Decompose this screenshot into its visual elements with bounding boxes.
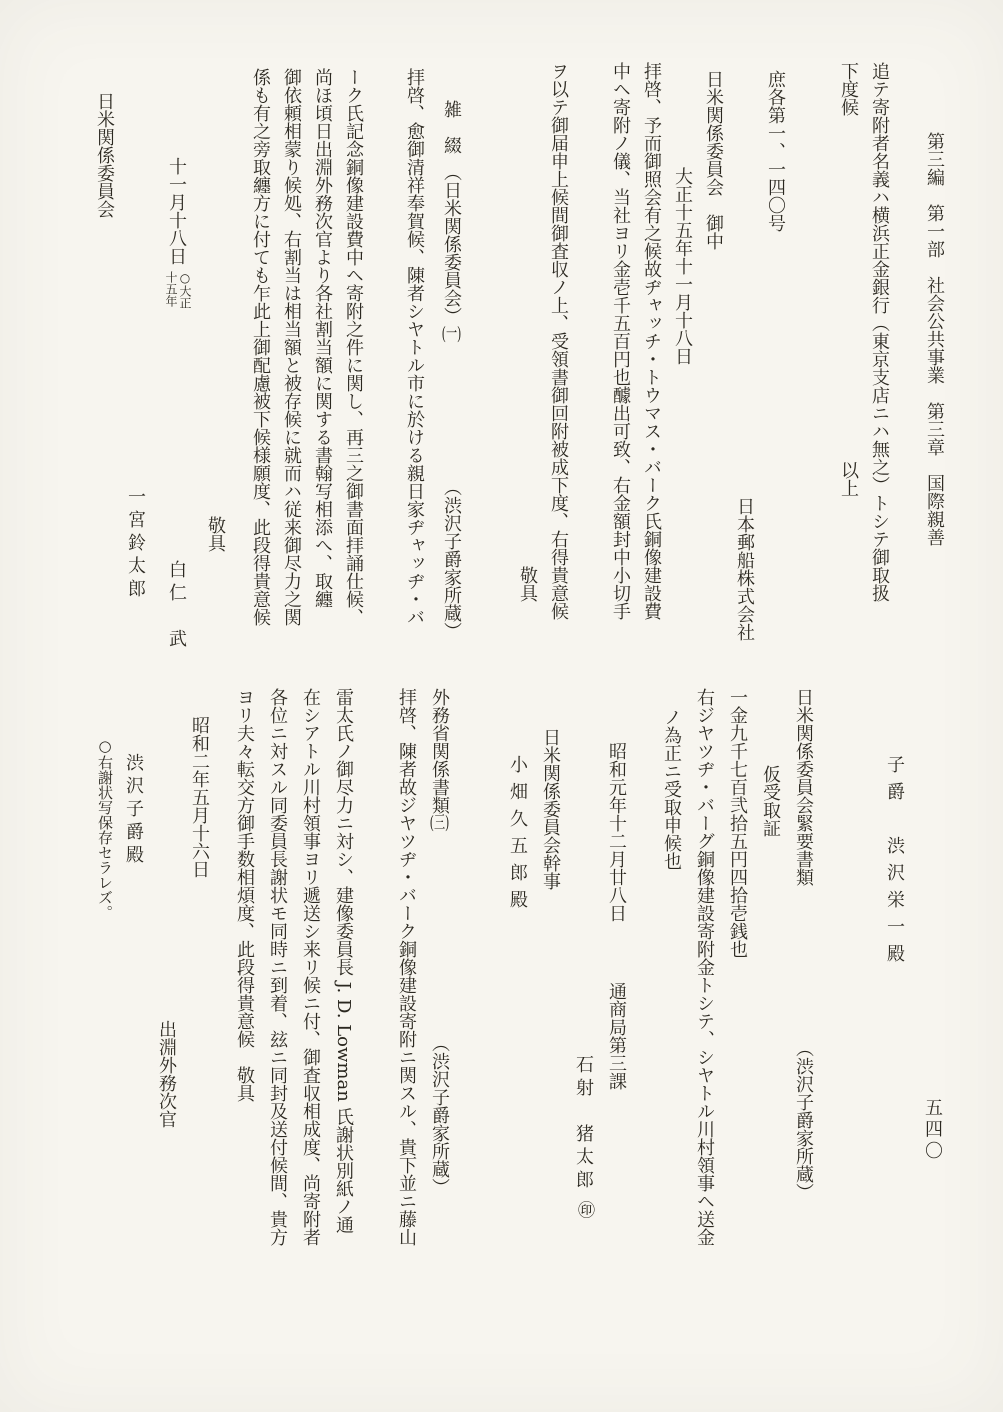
nyk-body2: 中ヘ寄附ノ儀、当社ヨリ金壱千五百円也醵出可致、右金額封中小切手: [605, 62, 636, 620]
receipt-amount: 一金九千七百弐拾五円四拾壱銭也: [721, 688, 754, 958]
chapter-header: 第三編 第一部 社会公共事業 第三章 国際親善: [919, 132, 950, 546]
gaimusho-recipient: 渋沢子爵殿: [117, 753, 150, 868]
zatsu-body2: ーク氏記念銅像建設費中ヘ寄附之件に関し、再三之御書面拝誦仕候、: [338, 68, 369, 626]
gaimusho-body3: 在シアトル川村領事ヨリ遞送シ来リ候ニ付、御査収相成度、尚寄附者: [294, 688, 327, 1246]
receipt-subtitle-column: 仮受取証: [754, 680, 787, 1383]
nyk-sender-column: 日本郵船株式会社: [729, 62, 760, 647]
carryover-closing: 以上: [833, 461, 864, 497]
zatsu-date: 十一月十八日: [161, 157, 192, 265]
zatsu-body5-column: 係も有之旁取纏方に付ても乍此上御配慮被下候様願度、此段得貴意候: [245, 62, 276, 653]
zatsu-body1-column: 拝啓、愈御清祥奉賀候、陳者シヤトル市に於ける親日家ヂャッヂ・バ: [399, 62, 430, 653]
receipt-signer: 石射 猪太郎: [567, 1055, 600, 1193]
gaimusho-body5: ヨリ夫々転交方御手数相煩度、此段得貴意候 敬具: [228, 688, 261, 1102]
receipt-office: 通商局第三課: [600, 982, 633, 1090]
nyk-recipient: 日米関係委員会 御中: [698, 70, 729, 250]
receipt-recipient-title-column: 日米関係委員会幹事: [534, 680, 567, 1346]
gaimusho-footnote: ○右謝状写保存セラレズ。: [84, 737, 117, 920]
gaimusho-title-column: 外務省関係書類(三) （渋沢子爵家所蔵）: [423, 680, 456, 1306]
zatsu-source: （渋沢子爵家所蔵）: [436, 478, 467, 640]
nyk-sender: 日本郵船株式会社: [729, 497, 760, 641]
carryover-line1: 追テ寄附者名義ハ横浜正金銀行（東京支店ニハ無之）トシテ御取扱: [864, 62, 895, 602]
zatsu-closing-column: 敬具: [200, 62, 231, 647]
receipt-date-column: 昭和元年十二月廿八日 通商局第三課: [600, 680, 633, 1360]
nyk-closing: 敬具: [512, 566, 543, 602]
zatsu-title-column: 雑 綴 （日米関係委員会）(一) （渋沢子爵家所蔵）: [436, 62, 467, 685]
nyk-recipient-column: 日米関係委員会 御中: [698, 62, 729, 655]
zatsu-closing: 敬具: [200, 516, 231, 552]
zatsu-date-column: 十一月十八日 ○大正 十五年 白仁 武: [161, 62, 192, 742]
nyk-date: 大正十五年十一月十八日: [667, 167, 698, 365]
receipt-body2-column: ノ為正ニ受取申候也: [655, 680, 688, 1326]
nyk-closing-column: 敬具: [512, 62, 543, 647]
carryover-line2: 下度候: [833, 62, 864, 116]
nyk-doc-number: 庶各第一、一四〇号: [760, 70, 791, 232]
zatsu-body3-column: 尚ほ頃日出淵外務次官より各社割当額に関する書翰写相添へ、取纏: [307, 62, 338, 653]
zatsu-recipient2: 子爵 渋沢栄一殿: [878, 755, 911, 971]
bottom-section: 子爵 渋沢栄一殿 日米関係委員会緊要書類 （渋沢子爵家所蔵） 仮受取証 一金九千…: [84, 680, 911, 1298]
receipt-title: 日米関係委員会緊要書類: [787, 688, 820, 886]
zatsu-signer1: 白仁 武: [161, 560, 192, 652]
zatsu-body5: 係も有之旁取纏方に付ても乍此上御配慮被下候様願度、此段得貴意候: [245, 68, 276, 626]
receipt-title-column: 日米関係委員会緊要書類 （渋沢子爵家所蔵）: [787, 680, 820, 1306]
zatsu-body3: 尚ほ頃日出淵外務次官より各社割当額に関する書翰写相添へ、取纏: [307, 68, 338, 608]
carryover-line2-column: 下度候 以上: [833, 62, 864, 647]
zatsu-body4-column: 御依頼相蒙り候処、右割当は相当額と被存候に就而ハ従来御尽力之関: [276, 62, 307, 653]
nyk-body2-column: 中ヘ寄附ノ儀、当社ヨリ金壱千五百円也醵出可致、右金額封中小切手: [605, 62, 636, 647]
receipt-date: 昭和元年十二月廿八日: [600, 742, 633, 922]
page-number: 五四〇: [919, 1098, 945, 1163]
zatsu-recipient1: 日米関係委員会: [89, 92, 120, 218]
receipt-amount-column: 一金九千七百弐拾五円四拾壱銭也: [721, 680, 754, 1306]
chapter-header-column: 第三編 第一部 社会公共事業 第三章 国際親善: [919, 62, 950, 717]
nyk-body3: ヲ以テ御届申上候間御査収ノ上、受領書御回附被成下度、右得貴意候: [543, 62, 574, 620]
nyk-doc-number-column: 庶各第一、一四〇号: [760, 62, 791, 655]
gaimusho-body4: 各位ニ対スル同委員長謝状モ同時ニ到着、玆ニ同封及送付候間、貴方: [261, 688, 294, 1246]
scanned-document-page: 第三編 第一部 社会公共事業 第三章 国際親善 追テ寄附者名義ハ横浜正金銀行（東…: [0, 0, 1003, 1412]
zatsu-body4: 御依頼相蒙り候処、右割当は相当額と被存候に就而ハ従来御尽力之関: [276, 68, 307, 626]
receipt-recipient-title: 日米関係委員会幹事: [534, 728, 567, 890]
receipt-subtitle: 仮受取証: [754, 765, 787, 837]
gaimusho-footnote-column: ○右謝状写保存セラレズ。: [84, 680, 117, 1355]
gaimusho-body5-column: ヨリ夫々転交方御手数相煩度、此段得貴意候 敬具: [228, 680, 261, 1306]
gaimusho-date-column: 昭和二年五月十六日: [183, 680, 216, 1334]
gaimusho-body3-column: 在シアトル川村領事ヨリ遞送シ来リ候ニ付、御査収相成度、尚寄附者: [294, 680, 327, 1306]
zatsu-signer2-column: 一宮鈴太郎: [120, 62, 151, 647]
gaimusho-body1-column: 拝啓、陳者故ジヤツヂ・バーク銅像建設寄附ニ関スル、貴下並ニ藤山: [390, 680, 423, 1306]
zatsu-title-number: (一): [441, 325, 462, 343]
seal-icon: ㊞: [567, 1201, 600, 1218]
gaimusho-body4-column: 各位ニ対スル同委員長謝状モ同時ニ到着、玆ニ同封及送付候間、貴方: [261, 680, 294, 1306]
carryover-line1-column: 追テ寄附者名義ハ横浜正金銀行（東京支店ニハ無之）トシテ御取扱: [864, 62, 895, 647]
gaimusho-body2-column: 雷太氏ノ御尽力ニ対シ、建像委員長 J. D. Lowman 氏謝状別紙ノ通: [327, 680, 360, 1306]
receipt-body2: ノ為正ニ受取申候也: [655, 708, 688, 870]
gaimusho-title-line: 外務省関係書類(三): [423, 688, 456, 832]
gaimusho-signer: 出淵外務次官: [150, 1020, 183, 1128]
nyk-date-column: 大正十五年十一月十八日: [667, 62, 698, 752]
receipt-recipient: 小畑久五郎殿: [501, 755, 534, 917]
zatsu-recipient2-column: 子爵 渋沢栄一殿: [878, 680, 911, 1373]
receipt-source: （渋沢子爵家所蔵）: [787, 1039, 820, 1201]
gaimusho-recipient-column: 渋沢子爵殿: [117, 680, 150, 1371]
gaimusho-date: 昭和二年五月十六日: [183, 716, 216, 878]
zatsu-title-line: 雑 綴 （日米関係委員会）(一): [436, 100, 467, 343]
top-section: 第三編 第一部 社会公共事業 第三章 国際親善 追テ寄附者名義ハ横浜正金銀行（東…: [89, 62, 950, 647]
nyk-body1-column: 拝啓、予而御照会有之候故ヂャッチ・トウマス・バーク氏銅像建設費: [636, 62, 667, 647]
zatsu-title: 雑 綴 （日米関係委員会）: [441, 100, 462, 325]
gaimusho-body2: 雷太氏ノ御尽力ニ対シ、建像委員長 J. D. Lowman 氏謝状別紙ノ通: [327, 688, 360, 1234]
zatsu-date-note-line2: 十五年: [164, 271, 178, 309]
gaimusho-source: （渋沢子爵家所蔵）: [423, 1034, 456, 1196]
zatsu-body1: 拝啓、愈御清祥奉賀候、陳者シヤトル市に於ける親日家ヂャッヂ・バ: [399, 68, 430, 626]
receipt-signer-column: 石射 猪太郎 ㊞: [567, 680, 600, 1298]
zatsu-body2-column: ーク氏記念銅像建設費中ヘ寄附之件に関し、再三之御書面拝誦仕候、: [338, 62, 369, 653]
gaimusho-title: 外務省関係書類: [429, 688, 450, 814]
nyk-body3-column: ヲ以テ御届申上候間御査収ノ上、受領書御回附被成下度、右得貴意候: [543, 62, 574, 647]
receipt-body1: 右ジヤツヂ・バーグ銅像建設寄附金トシテ、シヤトル川村領事ヘ送金: [688, 688, 721, 1246]
receipt-body1-column: 右ジヤツヂ・バーグ銅像建設寄附金トシテ、シヤトル川村領事ヘ送金: [688, 680, 721, 1306]
zatsu-date-note-line1: ○大正: [178, 271, 192, 309]
gaimusho-signer-column: 出淵外務次官: [150, 680, 183, 1298]
receipt-recipient-column: 小畑久五郎殿: [501, 680, 534, 1373]
gaimusho-body1: 拝啓、陳者故ジヤツヂ・バーク銅像建設寄附ニ関スル、貴下並ニ藤山: [390, 688, 423, 1246]
gaimusho-title-number: (三): [429, 814, 450, 832]
nyk-body1: 拝啓、予而御照会有之候故ヂャッチ・トウマス・バーク氏銅像建設費: [636, 62, 667, 620]
zatsu-signer2: 一宮鈴太郎: [120, 487, 151, 602]
zatsu-date-note: ○大正 十五年: [161, 271, 192, 309]
zatsu-recipient1-column: 日米関係委員会: [89, 62, 120, 677]
